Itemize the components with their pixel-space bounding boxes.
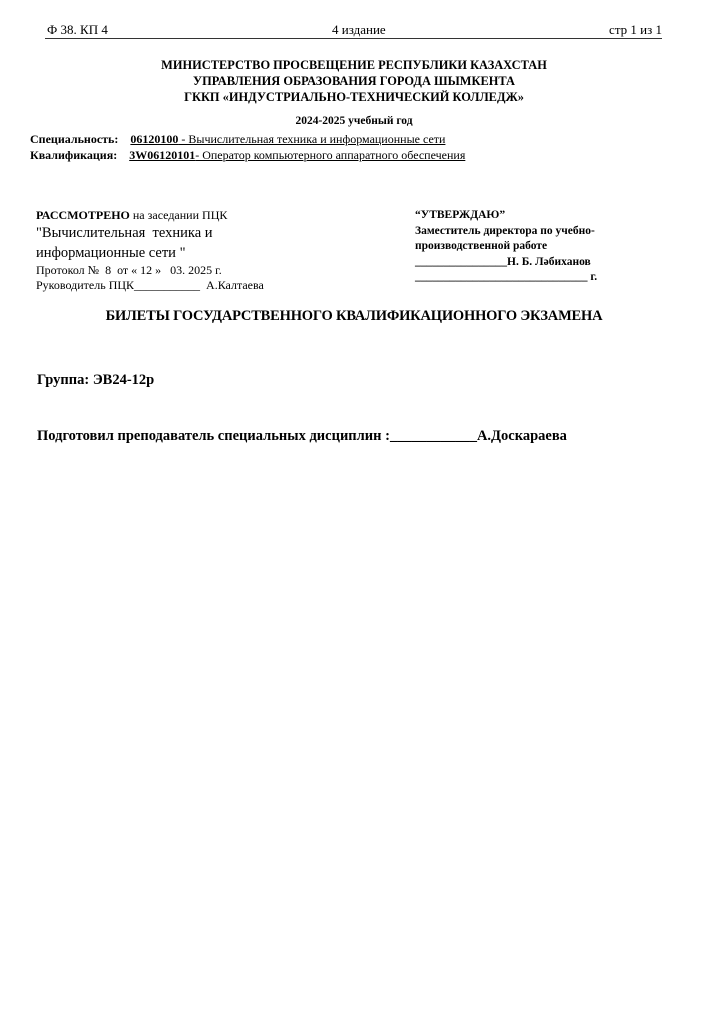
qualification-label: Квалификация: — [30, 148, 117, 162]
specialty-label: Специальность: — [30, 132, 118, 146]
approver-signature: ________________Н. Б. Ләбиханов — [415, 255, 597, 271]
qualification-code: 3W06120101 — [129, 148, 195, 162]
qualification-name: - Оператор компьютерного аппаратного обе… — [195, 148, 465, 162]
specialty-line: Специальность: 06120100 - Вычислительная… — [30, 132, 445, 147]
committee-head-line: Руководитель ПЦК___________ А.Калтаева — [36, 278, 264, 293]
qualification-line: Квалификация: 3W06120101- Оператор компь… — [30, 148, 465, 163]
qualification-value: 3W06120101- Оператор компьютерного аппар… — [129, 148, 465, 162]
college-name: ГККП «ИНДУСТРИАЛЬНО-ТЕХНИЧЕСКИЙ КОЛЛЕДЖ» — [0, 90, 708, 104]
department-name: УПРАВЛЕНИЯ ОБРАЗОВАНИЯ ГОРОДА ШЫМКЕНТА — [0, 74, 708, 88]
approver-position-line2: производственной работе — [415, 239, 597, 255]
ministry-name: МИНИСТЕРСТВО ПРОСВЕЩЕНИЕ РЕСПУБЛИКИ КАЗА… — [0, 58, 708, 72]
group-line: Группа: ЭВ24-12р — [37, 372, 154, 389]
approval-date: ______________________________ г. — [415, 270, 597, 286]
document-title: БИЛЕТЫ ГОСУДАРСТВЕННОГО КВАЛИФИКАЦИОННОГ… — [0, 308, 708, 325]
page-number: стр 1 из 1 — [609, 22, 662, 38]
approved-heading: “УТВЕРЖДАЮ” — [415, 208, 597, 224]
page-header: Ф 38. КП 4 4 издание стр 1 из 1 — [45, 22, 662, 39]
academic-year: 2024-2025 учебный год — [0, 115, 708, 127]
prepared-by-line: Подготовил преподаватель специальных дис… — [37, 428, 567, 445]
committee-name-line1: "Вычислительная техника и — [36, 223, 264, 243]
specialty-value: 06120100 - Вычислительная техника и инфо… — [130, 132, 445, 146]
specialty-name: - Вычислительная техника и информационны… — [178, 132, 445, 146]
edition: 4 издание — [332, 22, 386, 38]
specialty-code: 06120100 — [130, 132, 178, 146]
protocol-line: Протокол № 8 от « 12 » 03. 2025 г. — [36, 263, 264, 278]
reviewed-heading: РАССМОТРЕНО на заседании ПЦК — [36, 208, 264, 223]
reviewed-block: РАССМОТРЕНО на заседании ПЦК "Вычислител… — [36, 208, 264, 293]
reviewed-heading-bold: РАССМОТРЕНО — [36, 208, 130, 222]
form-code: Ф 38. КП 4 — [47, 22, 108, 38]
committee-name-line2: информационные сети " — [36, 243, 264, 263]
reviewed-heading-rest: на заседании ПЦК — [130, 208, 228, 222]
approver-position-line1: Заместитель директора по учебно- — [415, 224, 597, 240]
approved-block: “УТВЕРЖДАЮ” Заместитель директора по уче… — [415, 208, 597, 286]
